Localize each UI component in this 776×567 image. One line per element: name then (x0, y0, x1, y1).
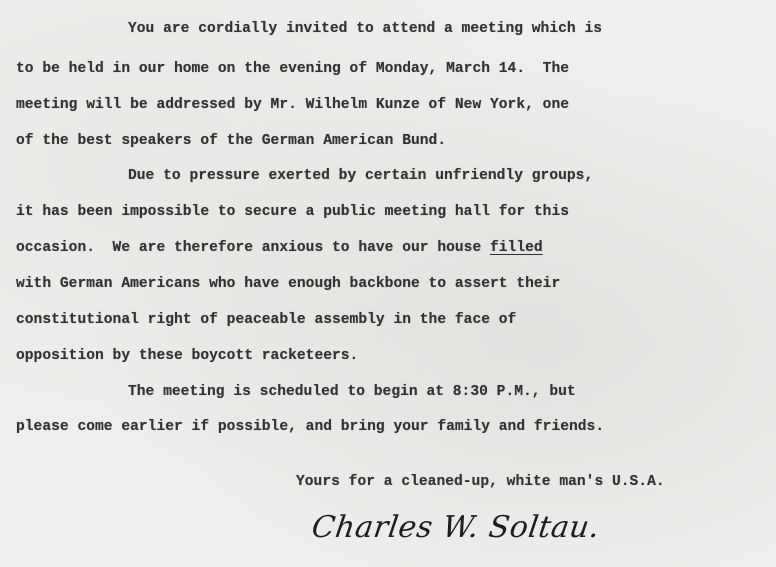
paragraph-1-line-3: meeting will be addressed by Mr. Wilhelm… (16, 97, 569, 113)
paragraph-2-line-1: Due to pressure exerted by certain unfri… (128, 168, 593, 184)
paragraph-2-line-6: opposition by these boycott racketeers. (16, 348, 358, 364)
paragraph-2-line-2: it has been impossible to secure a publi… (16, 204, 569, 220)
paragraph-1-line-4: of the best speakers of the German Ameri… (16, 133, 446, 149)
paragraph-2-line-5: constitutional right of peaceable assemb… (16, 312, 516, 328)
underlined-word: filled (490, 240, 543, 256)
paragraph-1-line-1: You are cordially invited to attend a me… (128, 21, 602, 37)
paragraph-1-line-2: to be held in our home on the evening of… (16, 61, 569, 77)
paragraph-3-line-2: please come earlier if possible, and bri… (16, 419, 604, 435)
paragraph-3-line-1: The meeting is scheduled to begin at 8:3… (128, 384, 576, 400)
paragraph-2-line-3: occasion. We are therefore anxious to ha… (16, 240, 543, 256)
paragraph-2-line-3-text: occasion. We are therefore anxious to ha… (16, 240, 490, 256)
signature: Charles W. Soltau. (310, 510, 602, 545)
paragraph-2-line-4: with German Americans who have enough ba… (16, 276, 560, 292)
closing-line: Yours for a cleaned-up, white man's U.S.… (296, 474, 665, 490)
